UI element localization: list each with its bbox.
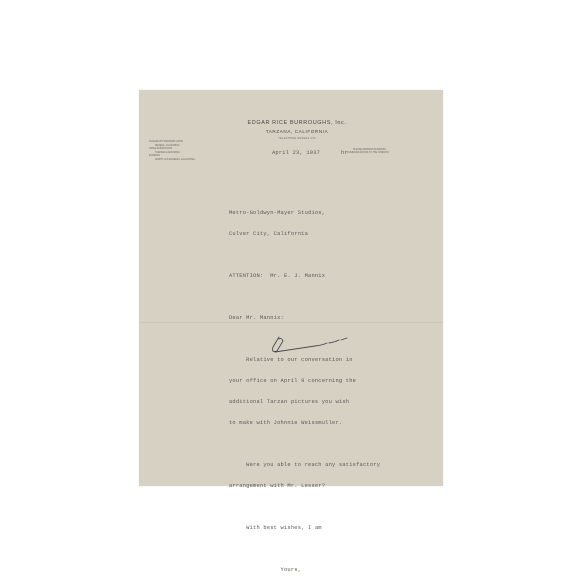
signature-icon [265, 327, 355, 357]
letter-paper: EDGAR RICE BURROUGHS, Inc. TARZANA, CALI… [139, 90, 443, 486]
letterhead-company: EDGAR RICE BURROUGHS, Inc. [237, 120, 357, 126]
closing-line: With best wishes, I am [229, 525, 379, 532]
salutation: Dear Mr. Mannix: [229, 315, 379, 322]
valediction: Yours, [229, 567, 379, 574]
paragraph-line: to make with Johnnie Weissmuller. [229, 420, 379, 427]
letterhead-phone: TELEPHONE RESEDA 240 [237, 137, 357, 140]
letter-date: April 23, 1937 [272, 150, 320, 156]
typist-initials: hr [341, 150, 348, 156]
attention-line: ATTENTION: Mr. E. J. Mannix [229, 273, 379, 280]
paragraph-line: Were you able to reach any satisfactory [229, 462, 379, 469]
paragraph-line: additional Tarzan pictures you wish [229, 399, 379, 406]
letterhead-city: TARZANA, CALIFORNIA [237, 129, 357, 134]
letterhead-left-line: NORTH LOS ANGELES, CALIFORNIA [149, 159, 209, 163]
paragraph-line: arrangement with Mr. Lesser? [229, 483, 379, 490]
recipient-line: Metro-Goldwyn-Mayer Studios, [229, 210, 379, 217]
letterhead-left-block: TELEGRAPH WESTERN UNION RESEDA, CALIFORN… [149, 141, 209, 163]
paragraph-line: your office on April 9 concerning the [229, 378, 379, 385]
recipient-line: Culver City, California [229, 231, 379, 238]
letter-body: Metro-Goldwyn-Mayer Studios, Culver City… [229, 196, 379, 581]
letterhead-right-block: PLEASE ADDRESS BUSINESS COMMUNICATIONS T… [347, 149, 409, 156]
paragraph-line: Relative to our conversation in [229, 357, 379, 364]
letterhead-right-line: COMMUNICATIONS TO THE COMPANY [347, 152, 409, 155]
